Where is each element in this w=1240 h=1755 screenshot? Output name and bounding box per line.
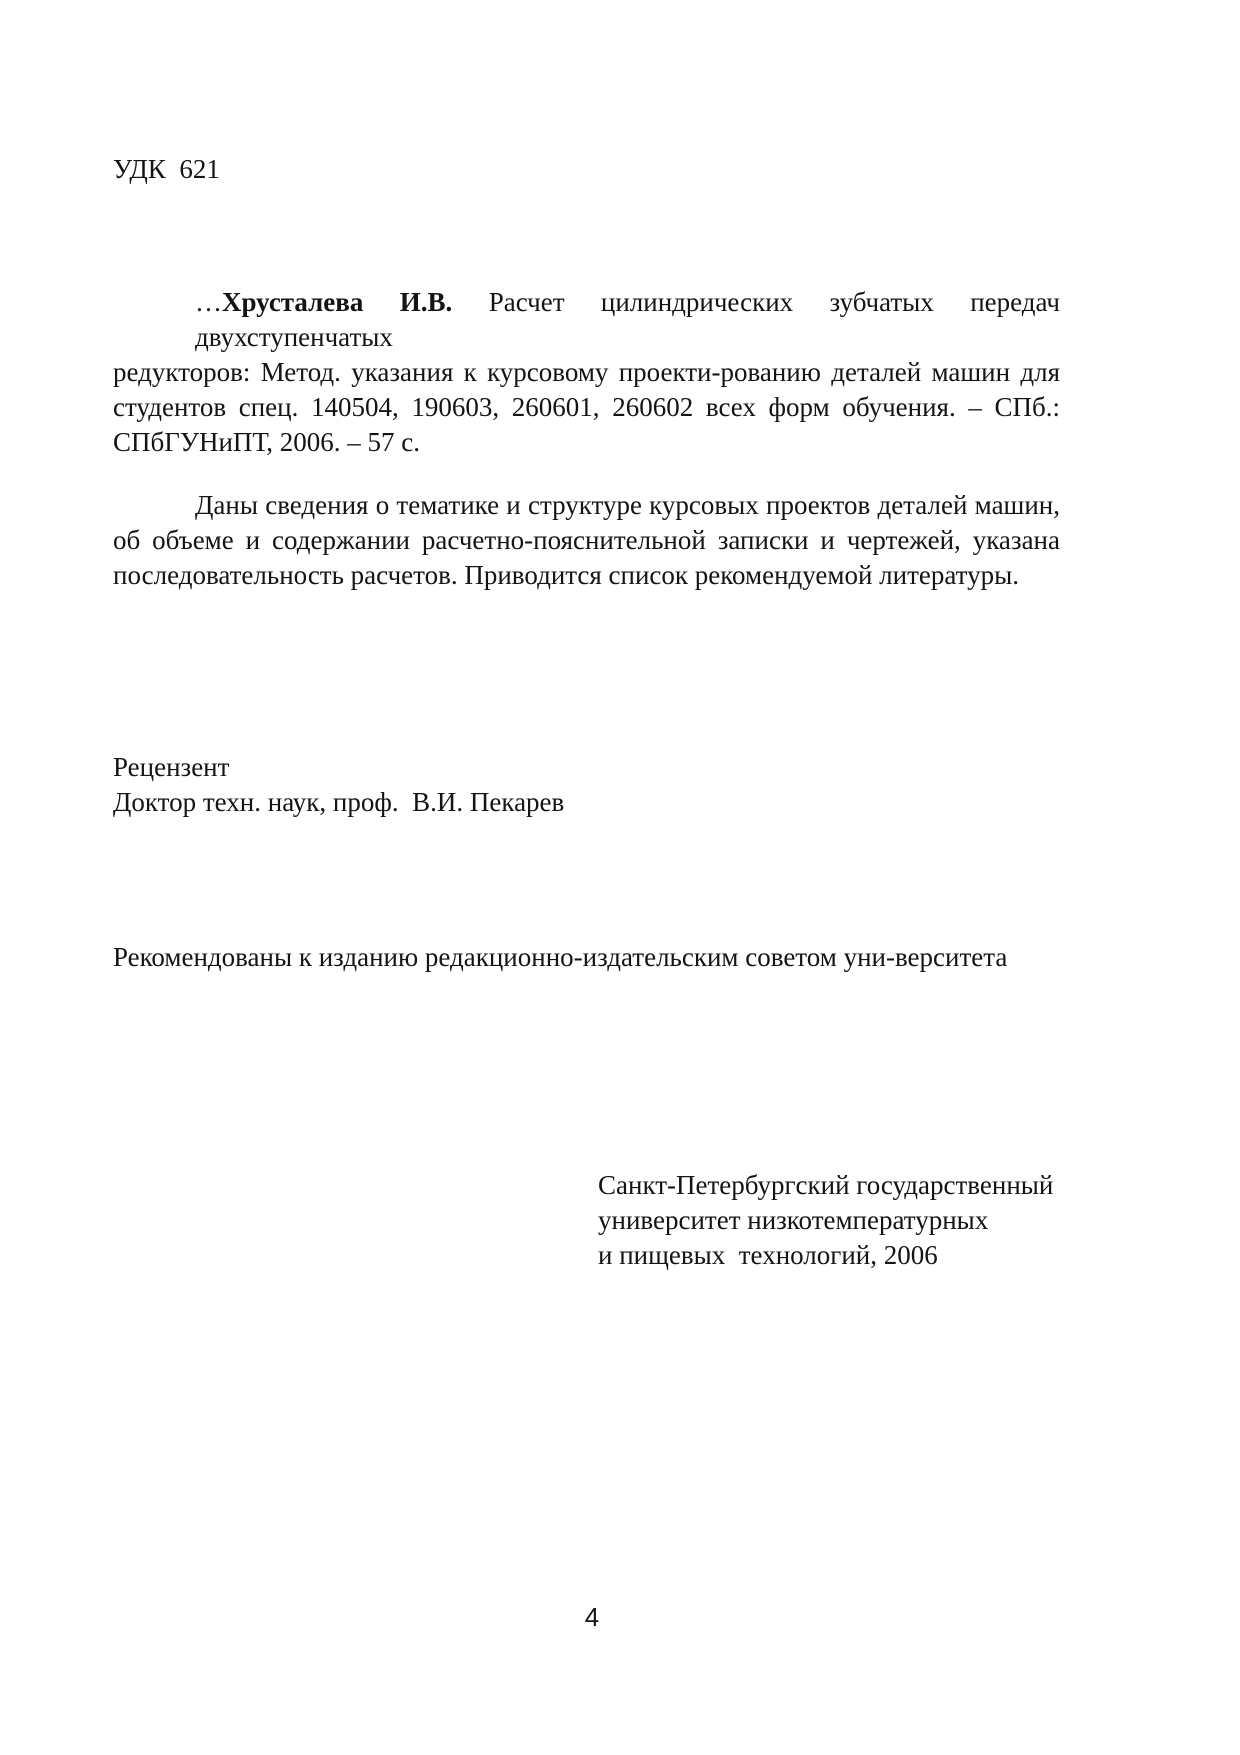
publisher-line-1: Санкт-Петербургский государственный [598, 1168, 1068, 1203]
bibliography-ellipsis: … [195, 287, 222, 317]
publisher-line-3: и пищевых технологий, 2006 [598, 1238, 1068, 1273]
reviewer-heading: Рецензент [113, 750, 1060, 785]
publisher-block: Санкт-Петербургский государственный унив… [598, 1168, 1068, 1273]
abstract-line-3: последовательность расчетов. Приводится … [113, 558, 1060, 593]
reviewer-name: Доктор техн. наук, проф. В.И. Пекарев [113, 785, 1060, 820]
publisher-line-2: университет низкотемпературных [598, 1203, 1068, 1238]
bibliography-line-2: редукторов: Метод. указания к курсовому … [113, 355, 1060, 390]
reviewer-block: Рецензент Доктор техн. наук, проф. В.И. … [113, 750, 1060, 820]
abstract-line-1: Даны сведения о тематике и структуре кур… [113, 488, 1060, 523]
document-page: УДК 621 …Хрусталева И.В. Расчет цилиндри… [0, 0, 1240, 1755]
udc-code: УДК 621 [113, 152, 1060, 187]
bibliography-paragraph: …Хрусталева И.В. Расчет цилиндрических з… [113, 285, 1060, 460]
udc-code-text: УДК 621 [113, 154, 220, 184]
page-number: 4 [0, 1602, 1184, 1632]
recommendation-line: Рекомендованы к изданию редакционно-изда… [113, 940, 1060, 975]
bibliography-line-1: …Хрусталева И.В. Расчет цилиндрических з… [113, 285, 1060, 355]
bibliography-line-3: студентов спец. 140504, 190603, 260601, … [113, 390, 1060, 425]
bibliography-line-4: СПбГУНиПТ, 2006. – 57 с. [113, 425, 1060, 460]
abstract-paragraph: Даны сведения о тематике и структуре кур… [113, 488, 1060, 593]
author-name: Хрусталева И.В. [222, 287, 452, 317]
abstract-line-2: об объеме и содержании расчетно-поясните… [113, 523, 1060, 558]
